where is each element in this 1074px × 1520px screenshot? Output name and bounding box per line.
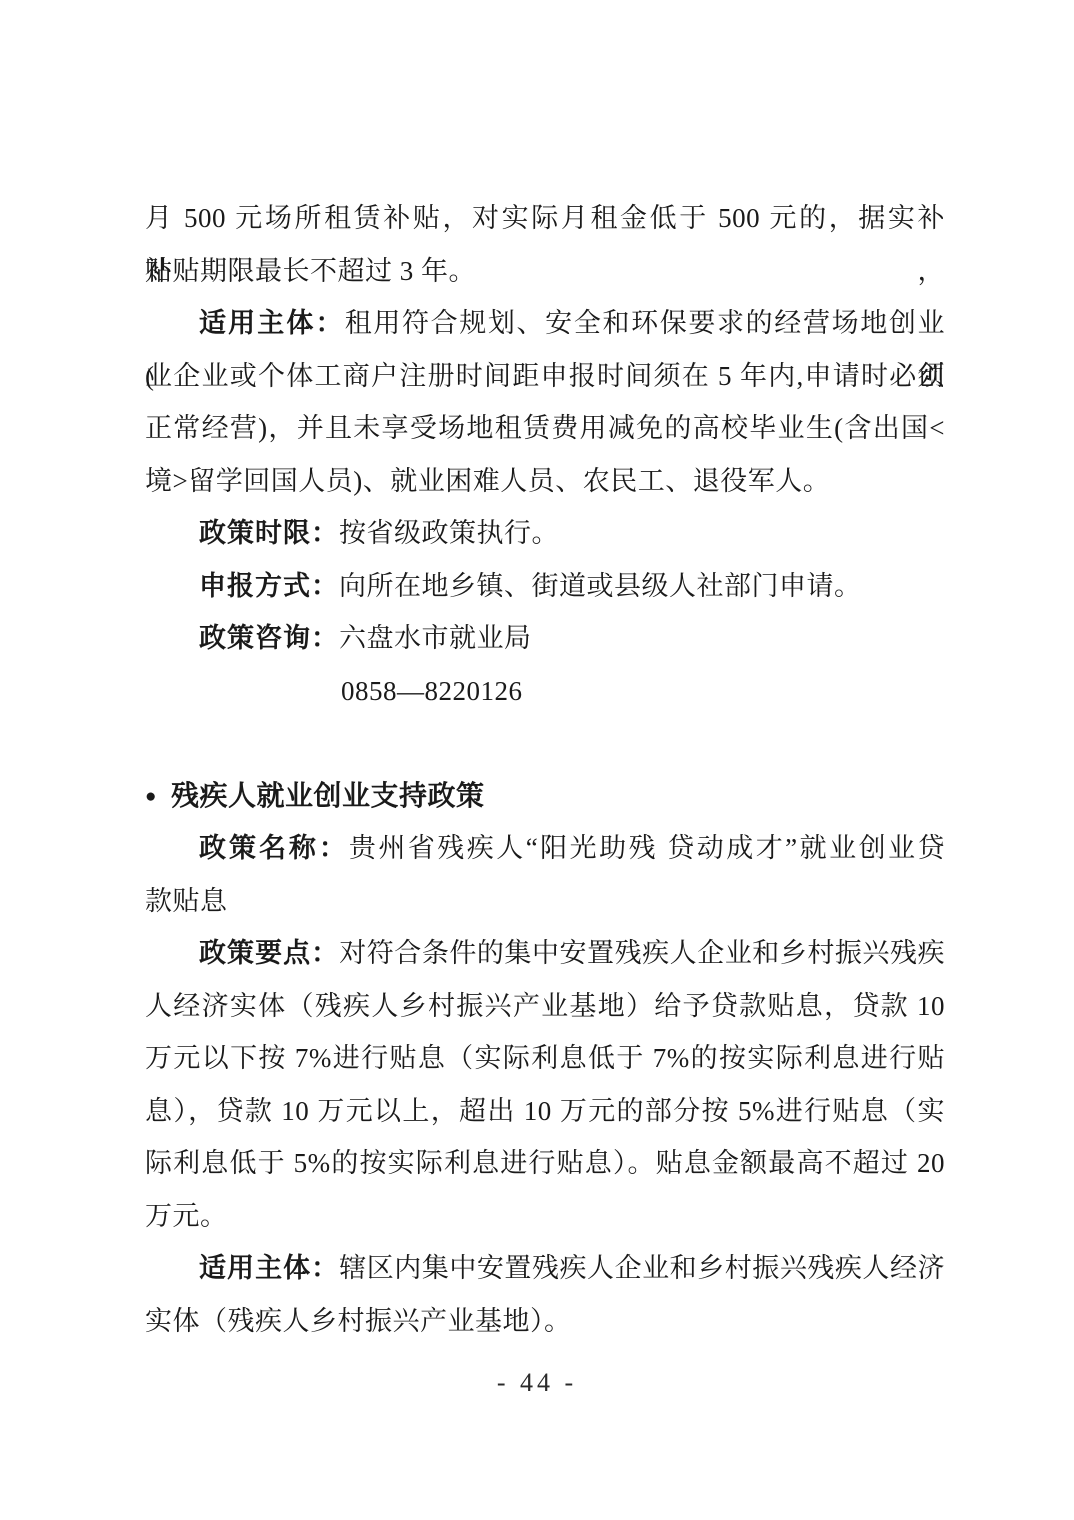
body-text: 境>留学回国人员)、就业困难人员、农民工、退役军人。 xyxy=(145,466,830,496)
field-label: 政策要点： xyxy=(199,938,339,968)
body-text: 万元。 xyxy=(145,1201,228,1231)
text-line: 正常经营)，并且未享受场地租赁费用减免的高校毕业生(含出国< xyxy=(145,402,945,455)
body-text: 息），贷款 10 万元以上，超出 10 万元的部分按 5%进行贴息（实 xyxy=(145,1096,945,1126)
text-line: 政策时限：按省级政策执行。 xyxy=(145,507,945,560)
text-line: 政策咨询：六盘水市就业局 xyxy=(145,612,945,665)
body-text: 辖区内集中安置残疾人企业和乡村振兴残疾人经济 xyxy=(339,1253,945,1283)
text-line: 息），贷款 10 万元以上，超出 10 万元的部分按 5%进行贴息（实 xyxy=(145,1085,945,1138)
phone-number: 0858—8220126 xyxy=(145,665,945,718)
text-line: 实体（残疾人乡村振兴产业基地）。 xyxy=(145,1295,945,1348)
body-text: 际利息低于 5%的按实际利息进行贴息）。贴息金额最高不超过 20 xyxy=(145,1148,945,1178)
body-text: 正常经营)，并且未享受场地租赁费用减免的高校毕业生(含出国< xyxy=(145,413,945,443)
field-label: 适用主体： xyxy=(199,1253,339,1283)
body-text: 0858—8220126 xyxy=(341,676,523,706)
field-label: 申报方式： xyxy=(199,571,339,601)
body-text: 按省级政策执行。 xyxy=(339,518,559,548)
body-text: 补贴期限最长不超过 3 年。 xyxy=(145,256,476,286)
text-line: 业企业或个体工商户注册时间距申报时间须在 5 年内,申请时必须 xyxy=(145,350,945,403)
text-line: 月 500 元场所租赁补贴，对实际月租金低于 500 元的，据实补贴， xyxy=(145,192,945,245)
text-line: 境>留学回国人员)、就业困难人员、农民工、退役军人。 xyxy=(145,455,945,508)
document-page: 月 500 元场所租赁补贴，对实际月租金低于 500 元的，据实补贴， 补贴期限… xyxy=(0,0,1074,1520)
body-text: 向所在地乡镇、街道或县级人社部门申请。 xyxy=(339,571,862,601)
field-label: 政策时限： xyxy=(199,518,339,548)
text-line: 人经济实体（残疾人乡村振兴产业基地）给予贷款贴息，贷款 10 xyxy=(145,980,945,1033)
paragraph-spacer xyxy=(145,717,945,770)
bullet-icon: ● xyxy=(145,771,157,824)
page-number: - 44 - xyxy=(0,1368,1074,1398)
field-label: 政策咨询： xyxy=(199,623,339,653)
body-text: 六盘水市就业局 xyxy=(339,623,532,653)
text-line: 万元。 xyxy=(145,1190,945,1243)
text-line: 际利息低于 5%的按实际利息进行贴息）。贴息金额最高不超过 20 xyxy=(145,1137,945,1190)
text-line: 政策要点：对符合条件的集中安置残疾人企业和乡村振兴残疾 xyxy=(145,927,945,980)
body-text: 万元以下按 7%进行贴息（实际利息低于 7%的按实际利息进行贴 xyxy=(145,1043,945,1073)
body-text: 对符合条件的集中安置残疾人企业和乡村振兴残疾 xyxy=(339,938,945,968)
text-line: 适用主体：辖区内集中安置残疾人企业和乡村振兴残疾人经济 xyxy=(145,1242,945,1295)
field-label: 政策名称： xyxy=(199,833,349,863)
body-text: 贵州省残疾人“阳光助残 贷动成才”就业创业贷 xyxy=(349,833,945,863)
field-label: 适用主体： xyxy=(199,308,345,338)
body-text: 业企业或个体工商户注册时间距申报时间须在 5 年内,申请时必须 xyxy=(145,361,945,391)
text-line: 申报方式：向所在地乡镇、街道或县级人社部门申请。 xyxy=(145,560,945,613)
section-title: 残疾人就业创业支持政策 xyxy=(171,780,485,811)
text-line: 适用主体：租用符合规划、安全和环保要求的经营场地创业(创 xyxy=(145,297,945,350)
text-line: 万元以下按 7%进行贴息（实际利息低于 7%的按实际利息进行贴 xyxy=(145,1032,945,1085)
section-heading: ●残疾人就业创业支持政策 xyxy=(145,770,945,823)
text-line: 款贴息 xyxy=(145,875,945,928)
body-text: 人经济实体（残疾人乡村振兴产业基地）给予贷款贴息，贷款 10 xyxy=(145,991,945,1021)
document-body: 月 500 元场所租赁补贴，对实际月租金低于 500 元的，据实补贴， 补贴期限… xyxy=(145,192,945,1347)
body-text: 实体（残疾人乡村振兴产业基地）。 xyxy=(145,1306,572,1336)
text-line: 政策名称：贵州省残疾人“阳光助残 贷动成才”就业创业贷 xyxy=(145,822,945,875)
body-text: 款贴息 xyxy=(145,886,228,916)
